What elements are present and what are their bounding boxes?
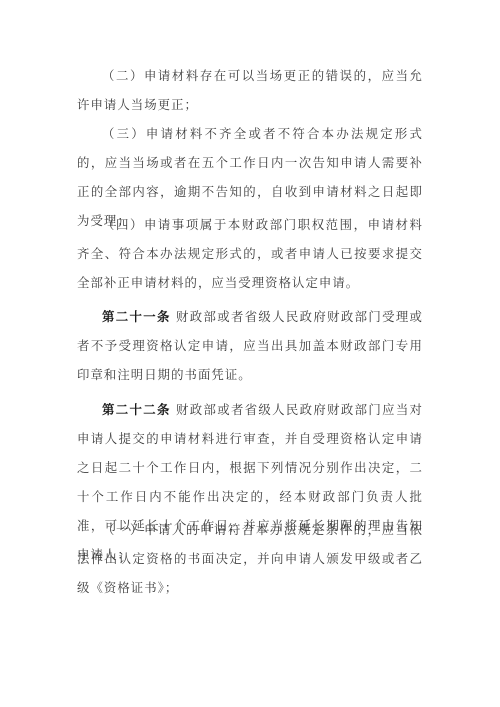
paragraph-text: （四）申请事项属于本财政部门职权范围，申请材料齐全、符合本办法规定形式的，或者申… (77, 217, 423, 290)
paragraph-item-2: （二）申请材料存在可以当场更正的错误的，应当允许申请人当场更正； (77, 61, 423, 119)
article-number: 第二十二条 (102, 402, 171, 417)
document-page: （二）申请材料存在可以当场更正的错误的，应当允许申请人当场更正； （三）申请材料… (0, 0, 500, 707)
article-21: 第二十一条 财政部或者省级人民政府财政部门受理或者不予受理资格认定申请，应当出具… (77, 302, 423, 389)
paragraph-text: （一）申请人的申请符合本办法规定条件的，应当依法作出认定资格的书面决定，并向申请… (77, 522, 423, 595)
paragraph-item-1: （一）申请人的申请符合本办法规定条件的，应当依法作出认定资格的书面决定，并向申请… (77, 515, 423, 602)
article-number: 第二十一条 (102, 309, 171, 324)
paragraph-item-4: （四）申请事项属于本财政部门职权范围，申请材料齐全、符合本办法规定形式的，或者申… (77, 210, 423, 297)
paragraph-text: （二）申请材料存在可以当场更正的错误的，应当允许申请人当场更正； (77, 68, 423, 112)
